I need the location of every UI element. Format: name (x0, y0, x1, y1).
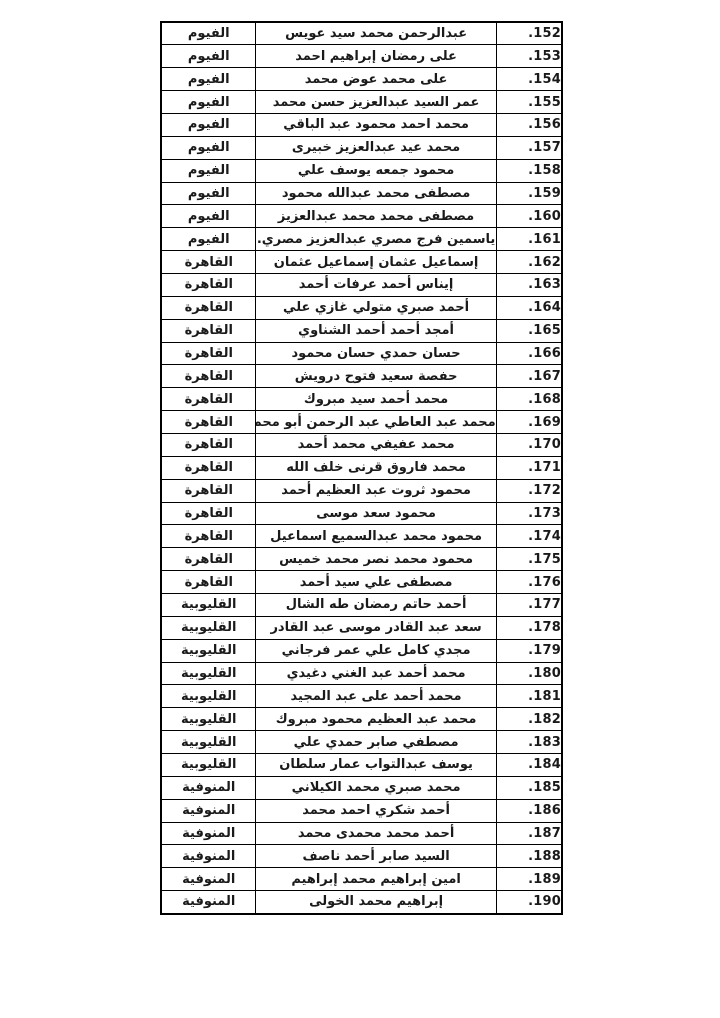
table-row: 157. محمد عيد عبدالعزيز خبيرى الفيوم (161, 136, 562, 159)
governorate-cell: الفيوم (161, 113, 256, 136)
row-serial-number: 187. (496, 822, 562, 845)
person-name-cell: ياسمين فرج مصري عبدالعزيز مصري. (256, 228, 496, 251)
table-row: 184. يوسف عبدالتواب عمار سلطان القليوبية (161, 754, 562, 777)
person-name-cell: إيناس أحمد عرفات أحمد (256, 273, 496, 296)
person-name-cell: محمد فاروق قرنى خلف الله (256, 456, 496, 479)
governorate-cell: المنوفية (161, 822, 256, 845)
person-name-cell: أحمد شكري احمد محمد (256, 799, 496, 822)
row-serial-number: 153. (496, 45, 562, 68)
table-row: 161. ياسمين فرج مصري عبدالعزيز مصري. الف… (161, 228, 562, 251)
person-name-cell: محمد عفيفي محمد أحمد (256, 433, 496, 456)
governorate-cell: القاهرة (161, 548, 256, 571)
row-serial-number: 163. (496, 273, 562, 296)
governorate-cell: القاهرة (161, 502, 256, 525)
person-name-cell: محمود جمعه يوسف علي (256, 159, 496, 182)
governorate-cell: المنوفية (161, 776, 256, 799)
table-row: 159. مصطفى محمد عبدالله محمود الفيوم (161, 182, 562, 205)
row-serial-number: 156. (496, 113, 562, 136)
row-serial-number: 184. (496, 754, 562, 777)
row-serial-number: 188. (496, 845, 562, 868)
person-name-cell: محمود محمد نصر محمد خميس (256, 548, 496, 571)
person-name-cell: أحمد صبري متولي غازي علي (256, 296, 496, 319)
governorate-cell: المنوفية (161, 868, 256, 891)
person-name-cell: محمد عبد العاطي عبد الرحمن أبو محمود (256, 411, 496, 434)
table-row: 188. السيد صابر أحمد ناصف المنوفية (161, 845, 562, 868)
governorate-cell: القاهرة (161, 251, 256, 274)
table-row: 169. محمد عبد العاطي عبد الرحمن أبو محمو… (161, 411, 562, 434)
person-name-cell: أحمد محمد محمدى محمد (256, 822, 496, 845)
governorate-cell: القاهرة (161, 365, 256, 388)
document-page: 152. عبدالرحمن محمد سيد عويس الفيوم 153.… (0, 0, 720, 1018)
person-name-cell: حفصة سعيد فتوح درويش (256, 365, 496, 388)
person-name-cell: امين إبراهيم محمد إبراهيم (256, 868, 496, 891)
table-row: 190. إبراهيم محمد الخولى المنوفية (161, 891, 562, 914)
governorate-cell: الفيوم (161, 159, 256, 182)
governorate-cell: القاهرة (161, 296, 256, 319)
person-name-cell: إسماعيل عثمان إسماعيل عثمان (256, 251, 496, 274)
governorate-cell: المنوفية (161, 845, 256, 868)
table-row: 155. عمر السيد عبدالعزيز حسن محمد الفيوم (161, 91, 562, 114)
row-serial-number: 181. (496, 685, 562, 708)
governorate-cell: القليوبية (161, 754, 256, 777)
person-name-cell: محمد أحمد على عبد المجيد (256, 685, 496, 708)
governorate-cell: القاهرة (161, 273, 256, 296)
governorate-cell: الفيوم (161, 205, 256, 228)
row-serial-number: 152. (496, 22, 562, 45)
table-row: 180. محمد أحمد عبد الغني دغيدي القليوبية (161, 662, 562, 685)
governorate-cell: القاهرة (161, 479, 256, 502)
governorate-cell: القليوبية (161, 708, 256, 731)
person-name-cell: إبراهيم محمد الخولى (256, 891, 496, 914)
row-serial-number: 155. (496, 91, 562, 114)
row-serial-number: 161. (496, 228, 562, 251)
governorate-cell: القليوبية (161, 593, 256, 616)
table-row: 164. أحمد صبري متولي غازي علي القاهرة (161, 296, 562, 319)
table-row: 160. مصطفى محمد محمد عبدالعزيز الفيوم (161, 205, 562, 228)
governorate-cell: القليوبية (161, 731, 256, 754)
person-name-cell: مصطفى محمد محمد عبدالعزيز (256, 205, 496, 228)
person-name-cell: عبدالرحمن محمد سيد عويس (256, 22, 496, 45)
row-serial-number: 171. (496, 456, 562, 479)
person-name-cell: محمود محمد عبدالسميع اسماعيل (256, 525, 496, 548)
table-row: 171. محمد فاروق قرنى خلف الله القاهرة (161, 456, 562, 479)
row-serial-number: 157. (496, 136, 562, 159)
person-name-cell: حسان حمدي حسان محمود (256, 342, 496, 365)
governorate-cell: القاهرة (161, 342, 256, 365)
roster-table: 152. عبدالرحمن محمد سيد عويس الفيوم 153.… (160, 21, 563, 915)
person-name-cell: محمد عبد العظيم محمود مبروك (256, 708, 496, 731)
table-row: 152. عبدالرحمن محمد سيد عويس الفيوم (161, 22, 562, 45)
row-serial-number: 169. (496, 411, 562, 434)
row-serial-number: 158. (496, 159, 562, 182)
table-row: 185. محمد صبري محمد الكيلاني المنوفية (161, 776, 562, 799)
governorate-cell: القاهرة (161, 388, 256, 411)
row-serial-number: 164. (496, 296, 562, 319)
person-name-cell: محمد عيد عبدالعزيز خبيرى (256, 136, 496, 159)
person-name-cell: محمد احمد محمود عبد الباقي (256, 113, 496, 136)
row-serial-number: 177. (496, 593, 562, 616)
table-row: 179. مجدي كامل علي عمر فرجاني القليوبية (161, 639, 562, 662)
governorate-cell: القليوبية (161, 685, 256, 708)
table-row: 154. على محمد عوض محمد الفيوم (161, 68, 562, 91)
row-serial-number: 168. (496, 388, 562, 411)
row-serial-number: 183. (496, 731, 562, 754)
person-name-cell: على محمد عوض محمد (256, 68, 496, 91)
table-row: 156. محمد احمد محمود عبد الباقي الفيوم (161, 113, 562, 136)
row-serial-number: 159. (496, 182, 562, 205)
table-row: 166. حسان حمدي حسان محمود القاهرة (161, 342, 562, 365)
person-name-cell: أمجد أحمد أحمد الشناوي (256, 319, 496, 342)
governorate-cell: القاهرة (161, 411, 256, 434)
table-row: 176. مصطفى علي سيد أحمد القاهرة (161, 571, 562, 594)
row-serial-number: 182. (496, 708, 562, 731)
table-row: 163. إيناس أحمد عرفات أحمد القاهرة (161, 273, 562, 296)
person-name-cell: يوسف عبدالتواب عمار سلطان (256, 754, 496, 777)
table-row: 182. محمد عبد العظيم محمود مبروك القليوب… (161, 708, 562, 731)
governorate-cell: الفيوم (161, 45, 256, 68)
person-name-cell: محمود ثروت عبد العظيم أحمد (256, 479, 496, 502)
row-serial-number: 166. (496, 342, 562, 365)
row-serial-number: 167. (496, 365, 562, 388)
person-name-cell: مجدي كامل علي عمر فرجاني (256, 639, 496, 662)
row-serial-number: 170. (496, 433, 562, 456)
table-row: 187. أحمد محمد محمدى محمد المنوفية (161, 822, 562, 845)
governorate-cell: القاهرة (161, 433, 256, 456)
row-serial-number: 165. (496, 319, 562, 342)
person-name-cell: السيد صابر أحمد ناصف (256, 845, 496, 868)
row-serial-number: 173. (496, 502, 562, 525)
table-row: 168. محمد أحمد سيد مبروك القاهرة (161, 388, 562, 411)
table-row: 174. محمود محمد عبدالسميع اسماعيل القاهر… (161, 525, 562, 548)
row-serial-number: 160. (496, 205, 562, 228)
governorate-cell: القليوبية (161, 662, 256, 685)
person-name-cell: محمد صبري محمد الكيلاني (256, 776, 496, 799)
governorate-cell: القليوبية (161, 616, 256, 639)
row-serial-number: 174. (496, 525, 562, 548)
governorate-cell: الفيوم (161, 136, 256, 159)
governorate-cell: الفيوم (161, 182, 256, 205)
table-row: 178. سعد عبد القادر موسى عبد القادر القل… (161, 616, 562, 639)
governorate-cell: الفيوم (161, 228, 256, 251)
person-name-cell: أحمد حاتم رمضان طه الشال (256, 593, 496, 616)
row-serial-number: 154. (496, 68, 562, 91)
table-row: 170. محمد عفيفي محمد أحمد القاهرة (161, 433, 562, 456)
person-name-cell: محمد أحمد عبد الغني دغيدي (256, 662, 496, 685)
person-name-cell: مصطفى علي سيد أحمد (256, 571, 496, 594)
person-name-cell: سعد عبد القادر موسى عبد القادر (256, 616, 496, 639)
row-serial-number: 179. (496, 639, 562, 662)
governorate-cell: القاهرة (161, 571, 256, 594)
row-serial-number: 180. (496, 662, 562, 685)
table-row: 162. إسماعيل عثمان إسماعيل عثمان القاهرة (161, 251, 562, 274)
table-row: 173. محمود سعد موسى القاهرة (161, 502, 562, 525)
row-serial-number: 178. (496, 616, 562, 639)
person-name-cell: محمد أحمد سيد مبروك (256, 388, 496, 411)
person-name-cell: محمود سعد موسى (256, 502, 496, 525)
row-serial-number: 186. (496, 799, 562, 822)
row-serial-number: 172. (496, 479, 562, 502)
governorate-cell: القليوبية (161, 639, 256, 662)
governorate-cell: الفيوم (161, 68, 256, 91)
table-row: 189. امين إبراهيم محمد إبراهيم المنوفية (161, 868, 562, 891)
governorate-cell: الفيوم (161, 22, 256, 45)
table-row: 153. على رمضان إبراهيم احمد الفيوم (161, 45, 562, 68)
governorate-cell: القاهرة (161, 319, 256, 342)
row-serial-number: 185. (496, 776, 562, 799)
table-row: 165. أمجد أحمد أحمد الشناوي القاهرة (161, 319, 562, 342)
governorate-cell: المنوفية (161, 799, 256, 822)
row-serial-number: 190. (496, 891, 562, 914)
roster-table-body: 152. عبدالرحمن محمد سيد عويس الفيوم 153.… (161, 22, 562, 914)
governorate-cell: القاهرة (161, 525, 256, 548)
table-row: 186. أحمد شكري احمد محمد المنوفية (161, 799, 562, 822)
table-row: 158. محمود جمعه يوسف علي الفيوم (161, 159, 562, 182)
table-row: 177. أحمد حاتم رمضان طه الشال القليوبية (161, 593, 562, 616)
governorate-cell: المنوفية (161, 891, 256, 914)
table-row: 175. محمود محمد نصر محمد خميس القاهرة (161, 548, 562, 571)
person-name-cell: عمر السيد عبدالعزيز حسن محمد (256, 91, 496, 114)
row-serial-number: 176. (496, 571, 562, 594)
table-row: 167. حفصة سعيد فتوح درويش القاهرة (161, 365, 562, 388)
governorate-cell: الفيوم (161, 91, 256, 114)
governorate-cell: القاهرة (161, 456, 256, 479)
row-serial-number: 175. (496, 548, 562, 571)
person-name-cell: مصطفى محمد عبدالله محمود (256, 182, 496, 205)
person-name-cell: مصطفي صابر حمدي علي (256, 731, 496, 754)
table-row: 172. محمود ثروت عبد العظيم أحمد القاهرة (161, 479, 562, 502)
row-serial-number: 189. (496, 868, 562, 891)
table-row: 181. محمد أحمد على عبد المجيد القليوبية (161, 685, 562, 708)
table-row: 183. مصطفي صابر حمدي علي القليوبية (161, 731, 562, 754)
row-serial-number: 162. (496, 251, 562, 274)
person-name-cell: على رمضان إبراهيم احمد (256, 45, 496, 68)
